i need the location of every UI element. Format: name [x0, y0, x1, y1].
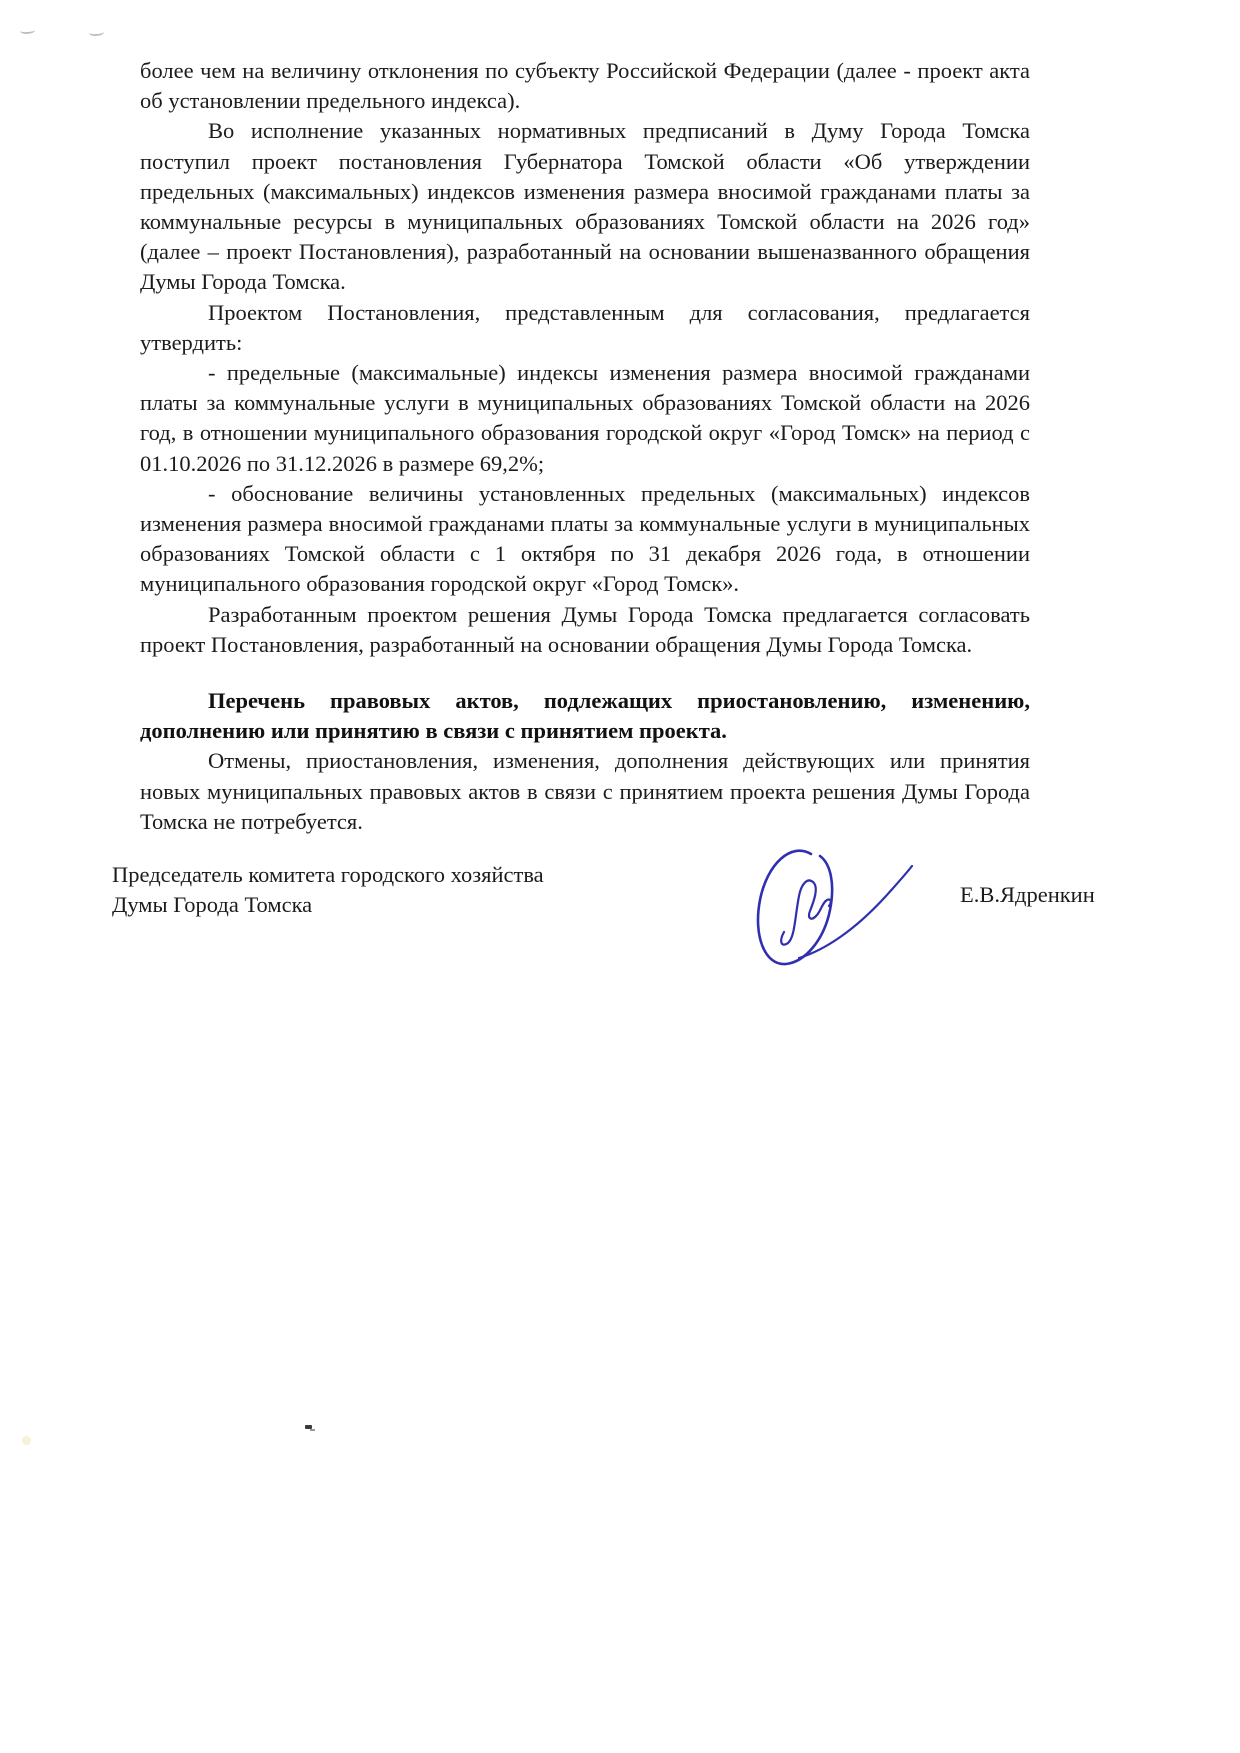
signature-block: Председатель комитета городского хозяйст…	[112, 860, 1128, 1000]
paragraph-list-item-justification: - обоснование величины установленных пре…	[140, 479, 1030, 600]
paragraph-approval-intro: Проектом Постановления, представленным д…	[140, 298, 1030, 358]
paragraph-duma-decision: Разработанным проектом решения Думы Горо…	[140, 600, 1030, 660]
signer-title: Председатель комитета городского хозяйст…	[112, 860, 544, 920]
document-body: более чем на величину отклонения по субъ…	[140, 56, 1030, 837]
scan-smudge-artifact	[20, 26, 35, 34]
signer-name: Е.В.Ядренкин	[960, 882, 1095, 908]
paragraph-draft-resolution: Во исполнение указанных нормативных пред…	[140, 116, 1030, 297]
section-heading-legal-acts: Перечень правовых актов, подлежащих прио…	[140, 686, 1030, 746]
paragraph-list-item-indexes: - предельные (максимальные) индексы изме…	[140, 358, 1030, 479]
document-page: более чем на величину отклонения по субъ…	[0, 0, 1240, 1753]
scan-speck-artifact	[22, 1436, 31, 1445]
scan-speck-artifact	[305, 1425, 312, 1429]
paragraph-no-acts-required: Отмены, приостановления, изменения, допо…	[140, 746, 1030, 837]
paragraph-continuation: более чем на величину отклонения по субъ…	[140, 56, 1030, 116]
handwritten-signature-ink	[683, 838, 918, 983]
scan-smudge-artifact	[89, 28, 104, 36]
